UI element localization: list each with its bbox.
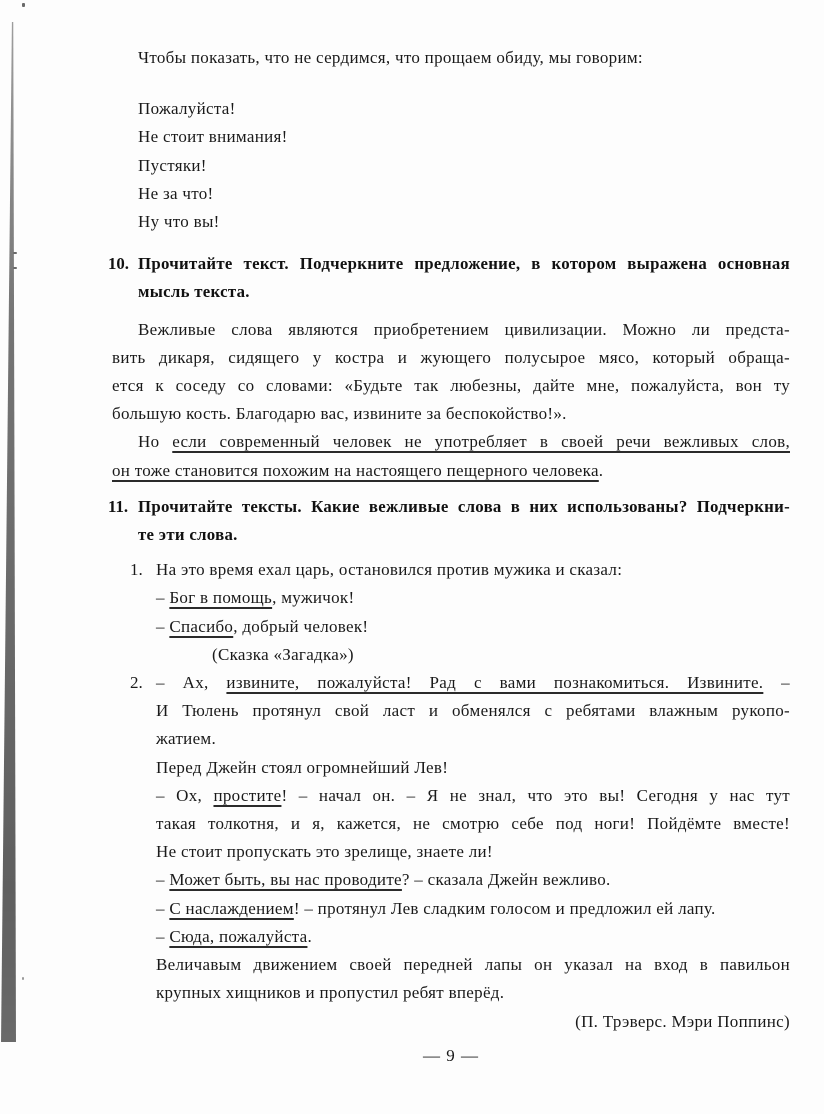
text-segment: жатием. [156, 729, 216, 748]
text-segment: . [307, 927, 312, 946]
text-segment: , мужичок! [272, 588, 354, 607]
page-content: Чтобы показать, что не сердимся, что про… [0, 0, 824, 1070]
text-segment: крупных хищников и пропустил ребят вперё… [156, 983, 504, 1002]
text-line: мысль текста. [138, 278, 790, 306]
text-line: Но если современный человек не употребля… [112, 428, 790, 456]
text-line: Не стоит внимания! [138, 123, 824, 151]
text-segment: Прочитайте тексты. Какие вежливые слова … [138, 497, 790, 516]
text-line: – Ах, извините, пожалуйста! Рад с вами п… [156, 669, 790, 697]
text-segment: И Тюлень протянул свой ласт и обменялся … [156, 701, 790, 720]
text-line: такая толкотня, и я, кажется, не смотрю … [156, 810, 790, 838]
underlined-text: Спасибо [169, 617, 233, 636]
text-segment: Вежливые слова являются приобретением ци… [138, 320, 790, 339]
underlined-text: Может быть, вы нас проводите [169, 870, 402, 889]
text-segment: – Ах, [156, 673, 226, 692]
text-line: вить дикаря, сидящего у костра и жующего… [112, 344, 790, 372]
text-line: жатием. [156, 725, 790, 753]
page-number: — 9 — [112, 1042, 790, 1070]
text-segment: (Сказка «Загадка») [212, 645, 354, 664]
text-segment: Перед Джейн стоял огромнейший Лев! [156, 758, 448, 777]
text-line: На это время ехал царь, остановился прот… [156, 556, 790, 584]
underlined-text: простите [213, 786, 281, 805]
exercise-11-heading: 11. Прочитайте тексты. Какие вежливые сл… [138, 493, 790, 549]
text-line: (Сказка «Загадка») [156, 641, 790, 669]
item-1: 1. На это время ехал царь, остановился п… [156, 556, 790, 669]
exercise-11-title: Прочитайте тексты. Какие вежливые слова … [138, 493, 790, 549]
text-line: Перед Джейн стоял огромнейший Лев! [156, 754, 790, 782]
text-line: ется к соседу со словами: «Будьте так лю… [112, 372, 790, 400]
item-2-number: 2. [130, 669, 143, 697]
text-segment: – [156, 927, 169, 946]
text-line: Вежливые слова являются приобретением ци… [112, 316, 790, 344]
item-1-text: На это время ехал царь, остановился прот… [156, 556, 790, 669]
text-segment: те эти слова. [138, 525, 238, 544]
text-line: большую кость. Благодарю вас, извините з… [112, 400, 790, 428]
text-segment: ! – протянул Лев сладким голосом и предл… [294, 899, 716, 918]
text-line: Прочитайте текст. Подчеркните предложени… [138, 250, 790, 278]
text-segment: такая толкотня, и я, кажется, не смотрю … [156, 814, 790, 833]
exercise-10-number: 10. [108, 250, 129, 278]
text-segment: ? – сказала Джейн вежливо. [402, 870, 611, 889]
exercise-10-heading: 10. Прочитайте текст. Подчеркните предло… [138, 250, 790, 306]
exercise-10-title: Прочитайте текст. Подчеркните предложени… [138, 250, 790, 306]
polite-phrases-list: Пожалуйста!Не стоит внимания!Пустяки!Не … [138, 95, 824, 236]
underlined-text: Сюда, пожалуйста [169, 927, 307, 946]
underlined-text: если современный человек не употребляет … [172, 432, 790, 451]
text-segment: . [599, 461, 604, 480]
exercise-11-number: 11. [108, 493, 128, 521]
text-line: Величавым движением своей передней лапы … [156, 951, 790, 979]
text-line: те эти слова. [138, 521, 790, 549]
textbook-scanned-page: Чтобы показать, что не сердимся, что про… [0, 0, 824, 1114]
text-line: (П. Трэверс. Мэри Поппинс) [156, 1008, 790, 1036]
text-segment: ется к соседу со словами: «Будьте так лю… [112, 376, 790, 395]
text-segment: вить дикаря, сидящего у костра и жующего… [112, 348, 790, 367]
underlined-text: он тоже становится похожим на настоящего… [112, 461, 599, 480]
underlined-text: Бог в помощь [169, 588, 272, 607]
text-segment: Не стоит пропускать это зрелище, знаете … [156, 842, 493, 861]
text-line: он тоже становится похожим на настоящего… [112, 457, 790, 485]
text-segment: – [156, 588, 169, 607]
intro-lead-sentence: Чтобы показать, что не сердимся, что про… [112, 44, 790, 72]
text-line: Не стоит пропускать это зрелище, знаете … [156, 838, 790, 866]
exercise-11-items: 1. На это время ехал царь, остановился п… [156, 556, 790, 1035]
text-line: Прочитайте тексты. Какие вежливые слова … [138, 493, 790, 521]
underlined-text: извините, пожалуйста! Рад с вами познако… [226, 673, 763, 692]
text-segment: (П. Трэверс. Мэри Поппинс) [575, 1012, 790, 1031]
text-line: – Спасибо, добрый человек! [156, 613, 790, 641]
text-line: Пустяки! [138, 152, 824, 180]
text-line: И Тюлень протянул свой ласт и обменялся … [156, 697, 790, 725]
text-line: – Ох, простите! – начал он. – Я не знал,… [156, 782, 790, 810]
text-line: крупных хищников и пропустил ребят вперё… [156, 979, 790, 1007]
text-segment: Величавым движением своей передней лапы … [156, 955, 790, 974]
exercise-11: 11. Прочитайте тексты. Какие вежливые сл… [0, 493, 824, 1036]
text-segment: – [156, 870, 169, 889]
exercise-10-text: Вежливые слова являются приобретением ци… [112, 316, 790, 485]
text-segment: , добрый человек! [233, 617, 368, 636]
text-segment: ! – начал он. – Я не знал, что это вы! С… [281, 786, 790, 805]
text-segment: Но [138, 432, 172, 451]
item-2-text: – Ах, извините, пожалуйста! Рад с вами п… [156, 669, 790, 1036]
item-1-number: 1. [130, 556, 143, 584]
text-segment: – [156, 617, 169, 636]
text-segment: – [156, 899, 169, 918]
text-line: – Бог в помощь, мужичок! [156, 584, 790, 612]
exercise-10: 10. Прочитайте текст. Подчеркните предло… [0, 250, 824, 485]
text-segment: мысль текста. [138, 282, 250, 301]
text-segment: большую кость. Благодарю вас, извините з… [112, 404, 567, 423]
text-line: – С наслаждением! – протянул Лев сладким… [156, 895, 790, 923]
text-segment: Прочитайте текст. Подчеркните предложени… [138, 254, 790, 273]
text-line: Ну что вы! [138, 208, 824, 236]
text-segment: На это время ехал царь, остановился прот… [156, 560, 622, 579]
underlined-text: С наслаждением [169, 899, 293, 918]
text-line: – Сюда, пожалуйста. [156, 923, 790, 951]
text-line: Пожалуйста! [138, 95, 824, 123]
text-line: – Может быть, вы нас проводите? – сказал… [156, 866, 790, 894]
text-line: Не за что! [138, 180, 824, 208]
text-segment: – Ох, [156, 786, 213, 805]
item-2: 2. – Ах, извините, пожалуйста! Рад с вам… [156, 669, 790, 1036]
text-segment: – [763, 673, 790, 692]
